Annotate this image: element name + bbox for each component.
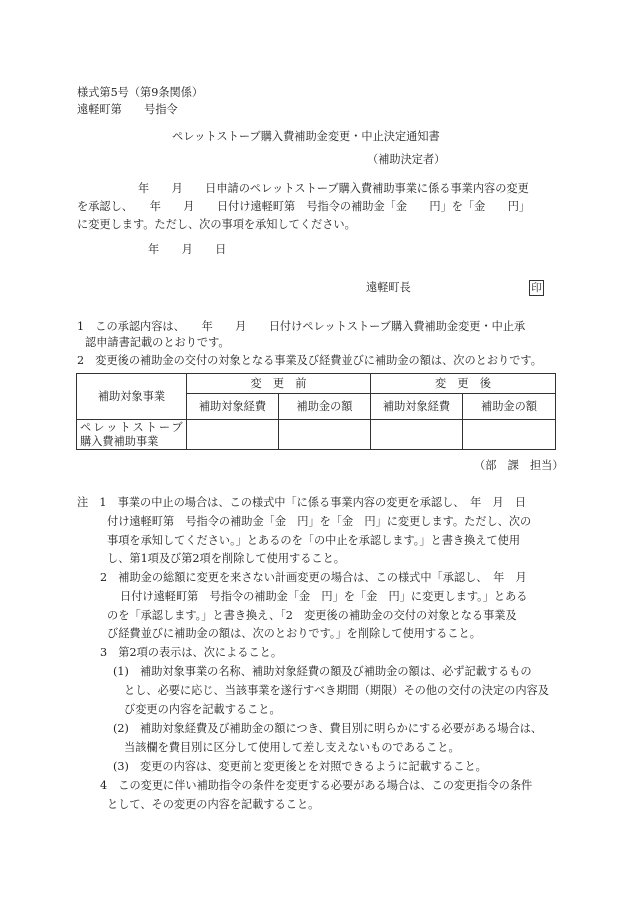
header-project: 補助対象事業 — [77, 374, 187, 420]
body-line-3: に変更します。ただし、次の事項を承知してください。 — [77, 218, 356, 232]
header-cost-before: 補助対象経費 — [187, 394, 279, 420]
note-4-line-2: として、その変更の内容を記載すること。 — [107, 798, 319, 812]
note-3-1-line-2: とし、必要に応じ、当該事業を遂行すべき期間（期限）その他の交付の決定の内容及 — [124, 684, 549, 698]
note-1-line-4: し、第1項及び第2項を削除して使用すること。 — [107, 552, 345, 566]
note-2-line-1: 2 補助金の総額に変更を来さない計画変更の場合は、この様式中「承認し、 年 月 — [100, 571, 527, 585]
issue-date: 年 月 日 — [148, 243, 226, 257]
note-2-line-2: 日付け遠軽町第 号指令の補助金「金 円」を「金 円」に変更します。」とある — [120, 590, 527, 604]
cell-amount-after — [463, 420, 556, 450]
row-project-name: ペレットストーブ 購入費補助事業 — [77, 420, 187, 450]
note-1-line-2: 付け遠軽町第 号指令の補助金「金 円」を「金 円」に変更します。ただし、次の — [107, 515, 531, 529]
cell-amount-before — [279, 420, 371, 450]
row-project-line-2: 購入費補助事業 — [80, 435, 186, 449]
note-1-line-3: 事項を承知してください。」とあるのを「の中止を承認します。」と書き換えて使用 — [107, 534, 520, 548]
cell-cost-after — [371, 420, 463, 450]
header-cost-after: 補助対象経費 — [371, 394, 463, 420]
item-1-line-1: 1 この承認内容は、 年 月 日付けペレットストーブ購入費補助金変更・中止承 — [77, 320, 525, 334]
note-3: 3 第2項の表示は、次によること。 — [100, 646, 282, 660]
department-label: （部 課 担当） — [474, 459, 564, 473]
note-2-line-3: のを「承認します。」と書き換え、「2 変更後の補助金の交付の対象となる事業及 — [107, 609, 517, 623]
order-number: 遠軽町第 号指令 — [77, 103, 178, 117]
seal-mark: 印 — [529, 280, 544, 296]
body-line-2: を承認し、 年 月 日付け遠軽町第 号指令の補助金「金 円」を「金 円」 — [77, 200, 530, 214]
table-row: ペレットストーブ 購入費補助事業 — [77, 420, 556, 450]
header-after-change: 変 更 後 — [371, 374, 556, 394]
item-1-line-2: 認申請書記載のとおりです。 — [85, 336, 230, 350]
note-3-3: (3) 変更の内容は、変更前と変更後とを対照できるように記載すること。 — [113, 760, 487, 774]
note-3-1-line-1: (1) 補助対象事業の名称、補助対象経費の額及び補助金の額は、必ず記載するもの — [113, 665, 532, 679]
note-4-line-1: 4 この変更に伴い補助指令の条件を変更する必要がある場合は、この変更指令の条件 — [100, 779, 532, 793]
header-before-change: 変 更 前 — [187, 374, 371, 394]
header-amount-after: 補助金の額 — [463, 394, 556, 420]
row-project-line-1: ペレットストーブ — [80, 421, 186, 435]
note-2-line-4: び経費並びに補助金の額は、次のとおりです。」を削除して使用すること。 — [107, 627, 481, 641]
form-number: 様式第5号（第9条関係） — [77, 86, 203, 100]
note-3-2-line-2: 当該欄を費目別に区分して使用して差し支えないものであること。 — [124, 741, 460, 755]
note-3-2-line-1: (2) 補助対象経費及び補助金の額につき、費目別に明らかにする必要がある場合は、 — [113, 722, 542, 736]
body-line-1: 年 月 日申請のペレットストーブ購入費補助事業に係る事業内容の変更 — [138, 182, 529, 196]
note-3-1-line-3: び変更の内容を記載すること。 — [124, 703, 281, 717]
note-1-line-1: 注 1 事業の中止の場合は、この様式中「に係る事業内容の変更を承認し、 年 月 … — [77, 496, 526, 510]
cell-cost-before — [187, 420, 279, 450]
header-amount-before: 補助金の額 — [279, 394, 371, 420]
item-2: 2 変更後の補助金の交付の対象となる事業及び経費並びに補助金の額は、次のとおりで… — [77, 354, 542, 368]
subsidy-table: 補助対象事業 変 更 前 変 更 後 補助対象経費 補助金の額 補助対象経費 補… — [76, 373, 556, 450]
issuer-name: 遠軽町長 — [366, 281, 411, 295]
recipient-label: （補助決定者） — [367, 153, 445, 167]
document-title: ペレットストーブ購入費補助金変更・中止決定通知書 — [172, 130, 440, 144]
